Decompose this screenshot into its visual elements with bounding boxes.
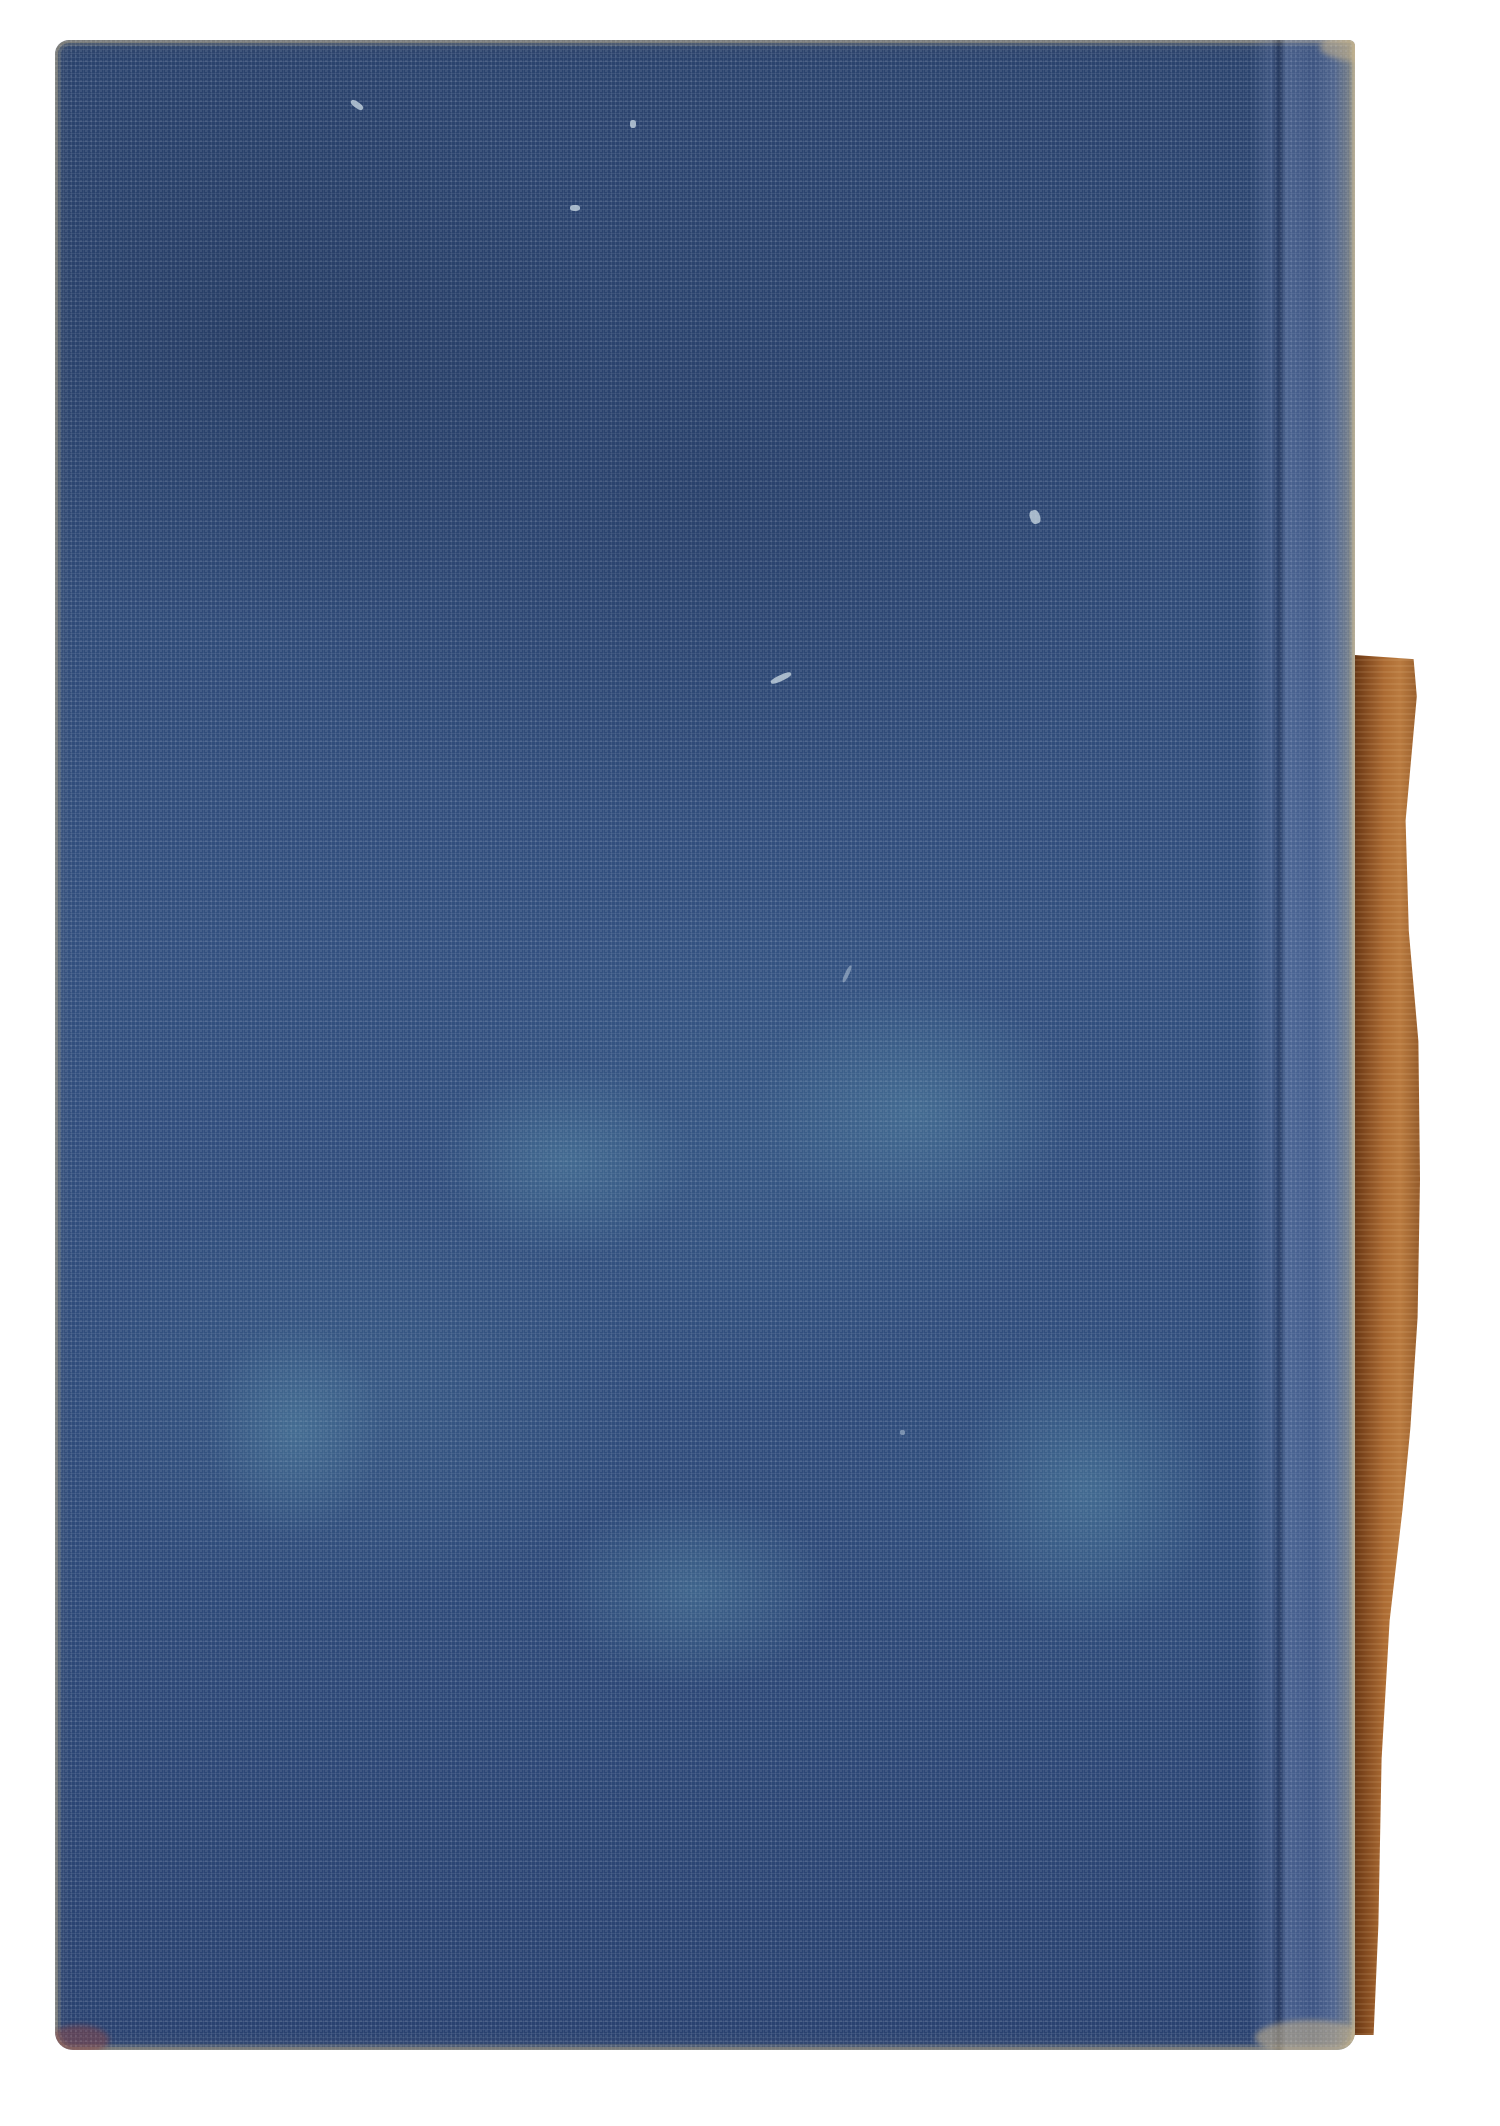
water-stain (755, 980, 1075, 1240)
scuff-mark (630, 120, 636, 128)
scuff-mark (770, 671, 792, 686)
cloth-cover (55, 40, 1355, 2050)
water-stain (205, 1320, 385, 1540)
scuff-mark (841, 965, 852, 983)
spine-hinge (1250, 40, 1355, 2050)
scuff-mark (350, 99, 365, 112)
water-stain (955, 1340, 1215, 1640)
corner-wear (55, 2025, 109, 2050)
scuff-mark (570, 205, 580, 211)
water-stain (435, 1060, 695, 1260)
corner-wear (1255, 2020, 1355, 2050)
scuff-mark (1028, 509, 1042, 526)
book-cover-photo (0, 0, 1500, 2126)
scuff-mark (900, 1430, 905, 1435)
water-stain (555, 1490, 835, 1690)
